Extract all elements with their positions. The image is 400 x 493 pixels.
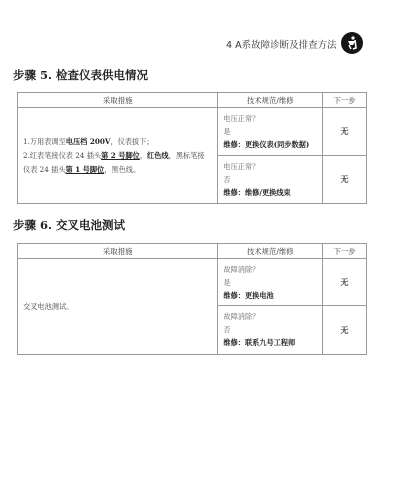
next-step-cell: 无 — [323, 156, 367, 204]
spec-cell: 电压正常？ 是 维修：更换仪表(同步数据) — [218, 108, 323, 156]
chapter-title: 4 A系故障诊断及排查方法 — [226, 37, 337, 51]
step6-table: 采取措施 技术规范/维修 下一步 交叉电池测试。 故障消除？ 是 维修：更换电池… — [17, 243, 367, 355]
scooter-rider-icon — [341, 32, 363, 54]
action-line-2: 2.红表笔接仪表 24 插头第 2 号脚位，红色线，黑标笔接 — [23, 149, 217, 163]
header-next: 下一步 — [323, 93, 367, 108]
header-spec: 技术规范/维修 — [218, 244, 323, 259]
next-step-cell: 无 — [323, 259, 367, 306]
header-spec: 技术规范/维修 — [218, 93, 323, 108]
step5-title: 步骤 5. 检查仪表供电情况 — [13, 67, 148, 83]
table-row: 1.万用表调至电压档 200V，仪表拔下； 2.红表笔接仪表 24 插头第 2 … — [18, 108, 367, 156]
table-header-row: 采取措施 技术规范/维修 下一步 — [18, 93, 367, 108]
action-cell: 交叉电池测试。 — [18, 259, 218, 355]
next-step-cell: 无 — [323, 108, 367, 156]
header-next: 下一步 — [323, 244, 367, 259]
next-step-cell: 无 — [323, 306, 367, 355]
step6-title: 步骤 6. 交叉电池测试 — [13, 217, 125, 233]
action-line-3: 仪表 24 插头第 1 号脚位，黑色线。 — [23, 163, 217, 177]
table-header-row: 采取措施 技术规范/维修 下一步 — [18, 244, 367, 259]
spec-cell: 电压正常？ 否 维修：维修/更换线束 — [218, 156, 323, 204]
header-action: 采取措施 — [18, 93, 218, 108]
step5-table: 采取措施 技术规范/维修 下一步 1.万用表调至电压档 200V，仪表拔下； 2… — [17, 92, 367, 204]
action-line-1: 1.万用表调至电压档 200V，仪表拔下； — [23, 135, 217, 149]
spec-cell: 故障消除？ 否 维修：联系九号工程师 — [218, 306, 323, 355]
action-cell: 1.万用表调至电压档 200V，仪表拔下； 2.红表笔接仪表 24 插头第 2 … — [18, 108, 218, 204]
header-action: 采取措施 — [18, 244, 218, 259]
table-row: 交叉电池测试。 故障消除？ 是 维修：更换电池 无 — [18, 259, 367, 306]
spec-cell: 故障消除？ 是 维修：更换电池 — [218, 259, 323, 306]
